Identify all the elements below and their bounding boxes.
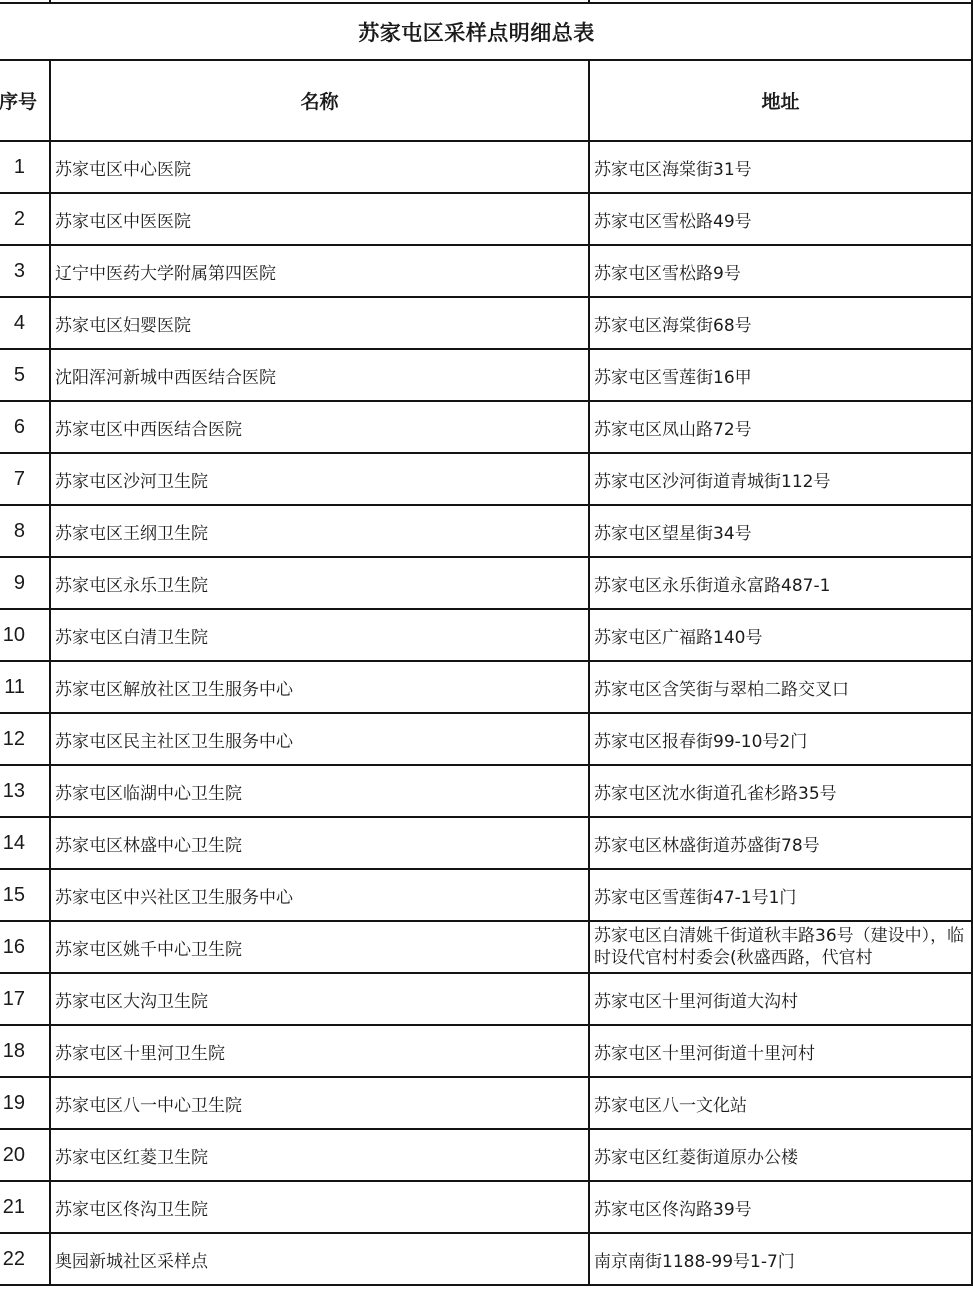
- cell-no[interactable]: 12: [0, 713, 50, 765]
- cell-name[interactable]: 苏家屯区中兴社区卫生服务中心: [50, 869, 589, 921]
- table-row: 9苏家屯区永乐卫生院苏家屯区永乐街道永富路487-1: [0, 557, 972, 609]
- cell-no[interactable]: 11: [0, 661, 50, 713]
- cell-name[interactable]: 苏家屯区佟沟卫生院: [50, 1181, 589, 1233]
- cell-address[interactable]: 南京南街1188-99号1-7门: [589, 1233, 972, 1285]
- cell-address[interactable]: 苏家屯区雪莲街47-1号1门: [589, 869, 972, 921]
- table-row: 22奥园新城社区采样点南京南街1188-99号1-7门: [0, 1233, 972, 1285]
- cell-no[interactable]: 4: [0, 297, 50, 349]
- cell-no[interactable]: 22: [0, 1233, 50, 1285]
- table-row: 6苏家屯区中西医结合医院苏家屯区凤山路72号: [0, 401, 972, 453]
- cell-no[interactable]: 10: [0, 609, 50, 661]
- cell-name[interactable]: 苏家屯区永乐卫生院: [50, 557, 589, 609]
- cell-no[interactable]: 8: [0, 505, 50, 557]
- cell-address[interactable]: 苏家屯区佟沟路39号: [589, 1181, 972, 1233]
- cell-name[interactable]: 奥园新城社区采样点: [50, 1233, 589, 1285]
- cell-name[interactable]: 苏家屯区红菱卫生院: [50, 1129, 589, 1181]
- table-row: 1苏家屯区中心医院苏家屯区海棠街31号: [0, 141, 972, 193]
- table-row: 16苏家屯区姚千中心卫生院苏家屯区白清姚千街道秋丰路36号（建设中），临时设代官…: [0, 921, 972, 973]
- cell-address[interactable]: 苏家屯区沙河街道青城街112号: [589, 453, 972, 505]
- cell-address[interactable]: 苏家屯区永乐街道永富路487-1: [589, 557, 972, 609]
- cell-name[interactable]: 苏家屯区大沟卫生院: [50, 973, 589, 1025]
- cell-address[interactable]: 苏家屯区沈水街道孔雀杉路35号: [589, 765, 972, 817]
- cell-no[interactable]: 18: [0, 1025, 50, 1077]
- cell-name[interactable]: 苏家屯区民主社区卫生服务中心: [50, 713, 589, 765]
- cell-address[interactable]: 苏家屯区海棠街31号: [589, 141, 972, 193]
- cell-address[interactable]: 苏家屯区望星街34号: [589, 505, 972, 557]
- table-row: 5沈阳浑河新城中西医结合医院苏家屯区雪莲街16甲: [0, 349, 972, 401]
- header-row: 序号 名称 地址: [0, 60, 972, 141]
- table-row: 19苏家屯区八一中心卫生院苏家屯区八一文化站: [0, 1077, 972, 1129]
- cell-name[interactable]: 苏家屯区林盛中心卫生院: [50, 817, 589, 869]
- cell-no[interactable]: 2: [0, 193, 50, 245]
- cell-address[interactable]: 苏家屯区八一文化站: [589, 1077, 972, 1129]
- cell-address[interactable]: 苏家屯区广福路140号: [589, 609, 972, 661]
- cell-name[interactable]: 苏家屯区中医医院: [50, 193, 589, 245]
- table-row: 10苏家屯区白清卫生院苏家屯区广福路140号: [0, 609, 972, 661]
- cell-address[interactable]: 苏家屯区红菱街道原办公楼: [589, 1129, 972, 1181]
- sampling-points-table: 苏家屯区采样点明细总表 序号 名称 地址 1苏家屯区中心医院苏家屯区海棠街31号…: [0, 0, 973, 1286]
- cell-no[interactable]: 14: [0, 817, 50, 869]
- cell-name[interactable]: 苏家屯区解放社区卫生服务中心: [50, 661, 589, 713]
- cell-address[interactable]: 苏家屯区含笑街与翠柏二路交叉口: [589, 661, 972, 713]
- cell-name[interactable]: 辽宁中医药大学附属第四医院: [50, 245, 589, 297]
- header-no[interactable]: 序号: [0, 60, 50, 141]
- cell-no[interactable]: 15: [0, 869, 50, 921]
- cell-address[interactable]: 苏家屯区雪松路9号: [589, 245, 972, 297]
- cell-no[interactable]: 20: [0, 1129, 50, 1181]
- cell-address[interactable]: 苏家屯区报春街99-10号2门: [589, 713, 972, 765]
- cell-no[interactable]: 7: [0, 453, 50, 505]
- table-row: 18苏家屯区十里河卫生院苏家屯区十里河街道十里河村: [0, 1025, 972, 1077]
- cell-address[interactable]: 苏家屯区白清姚千街道秋丰路36号（建设中），临时设代官村村委会(秋盛西路，代官村: [589, 921, 972, 973]
- cell-no[interactable]: 17: [0, 973, 50, 1025]
- cell-name[interactable]: 苏家屯区临湖中心卫生院: [50, 765, 589, 817]
- table-row: 11苏家屯区解放社区卫生服务中心苏家屯区含笑街与翠柏二路交叉口: [0, 661, 972, 713]
- table-row: 12苏家屯区民主社区卫生服务中心苏家屯区报春街99-10号2门: [0, 713, 972, 765]
- table-row: 14苏家屯区林盛中心卫生院苏家屯区林盛街道苏盛街78号: [0, 817, 972, 869]
- cell-name[interactable]: 苏家屯区妇婴医院: [50, 297, 589, 349]
- cell-address[interactable]: 苏家屯区雪莲街16甲: [589, 349, 972, 401]
- cell-name[interactable]: 苏家屯区中心医院: [50, 141, 589, 193]
- table-row: 17苏家屯区大沟卫生院苏家屯区十里河街道大沟村: [0, 973, 972, 1025]
- table-row: 4苏家屯区妇婴医院苏家屯区海棠街68号: [0, 297, 972, 349]
- cell-no[interactable]: 16: [0, 921, 50, 973]
- table-row: 8苏家屯区王纲卫生院苏家屯区望星街34号: [0, 505, 972, 557]
- cell-name[interactable]: 苏家屯区姚千中心卫生院: [50, 921, 589, 973]
- table-row: 21苏家屯区佟沟卫生院苏家屯区佟沟路39号: [0, 1181, 972, 1233]
- cell-address[interactable]: 苏家屯区林盛街道苏盛街78号: [589, 817, 972, 869]
- cell-name[interactable]: 苏家屯区王纲卫生院: [50, 505, 589, 557]
- cell-name[interactable]: 苏家屯区中西医结合医院: [50, 401, 589, 453]
- cell-no[interactable]: 5: [0, 349, 50, 401]
- cell-name[interactable]: 苏家屯区白清卫生院: [50, 609, 589, 661]
- table-row: 2苏家屯区中医医院苏家屯区雪松路49号: [0, 193, 972, 245]
- title-row: 苏家屯区采样点明细总表: [0, 3, 972, 60]
- header-name[interactable]: 名称: [50, 60, 589, 141]
- spreadsheet-view: 苏家屯区采样点明细总表 序号 名称 地址 1苏家屯区中心医院苏家屯区海棠街31号…: [0, 0, 971, 1286]
- table-row: 15苏家屯区中兴社区卫生服务中心苏家屯区雪莲街47-1号1门: [0, 869, 972, 921]
- table-row: 20苏家屯区红菱卫生院苏家屯区红菱街道原办公楼: [0, 1129, 972, 1181]
- cell-name[interactable]: 苏家屯区八一中心卫生院: [50, 1077, 589, 1129]
- cell-no[interactable]: 21: [0, 1181, 50, 1233]
- cell-no[interactable]: 19: [0, 1077, 50, 1129]
- cell-no[interactable]: 3: [0, 245, 50, 297]
- cell-name[interactable]: 苏家屯区沙河卫生院: [50, 453, 589, 505]
- table-title[interactable]: 苏家屯区采样点明细总表: [0, 3, 972, 60]
- cell-address[interactable]: 苏家屯区凤山路72号: [589, 401, 972, 453]
- cell-name[interactable]: 沈阳浑河新城中西医结合医院: [50, 349, 589, 401]
- header-address[interactable]: 地址: [589, 60, 972, 141]
- table-row: 3辽宁中医药大学附属第四医院苏家屯区雪松路9号: [0, 245, 972, 297]
- cell-name[interactable]: 苏家屯区十里河卫生院: [50, 1025, 589, 1077]
- table-row: 13苏家屯区临湖中心卫生院苏家屯区沈水街道孔雀杉路35号: [0, 765, 972, 817]
- cell-no[interactable]: 6: [0, 401, 50, 453]
- cell-address[interactable]: 苏家屯区十里河街道十里河村: [589, 1025, 972, 1077]
- cell-address[interactable]: 苏家屯区十里河街道大沟村: [589, 973, 972, 1025]
- cell-no[interactable]: 13: [0, 765, 50, 817]
- cell-no[interactable]: 9: [0, 557, 50, 609]
- cell-no[interactable]: 1: [0, 141, 50, 193]
- cell-address[interactable]: 苏家屯区雪松路49号: [589, 193, 972, 245]
- table-row: 7苏家屯区沙河卫生院苏家屯区沙河街道青城街112号: [0, 453, 972, 505]
- cell-address[interactable]: 苏家屯区海棠街68号: [589, 297, 972, 349]
